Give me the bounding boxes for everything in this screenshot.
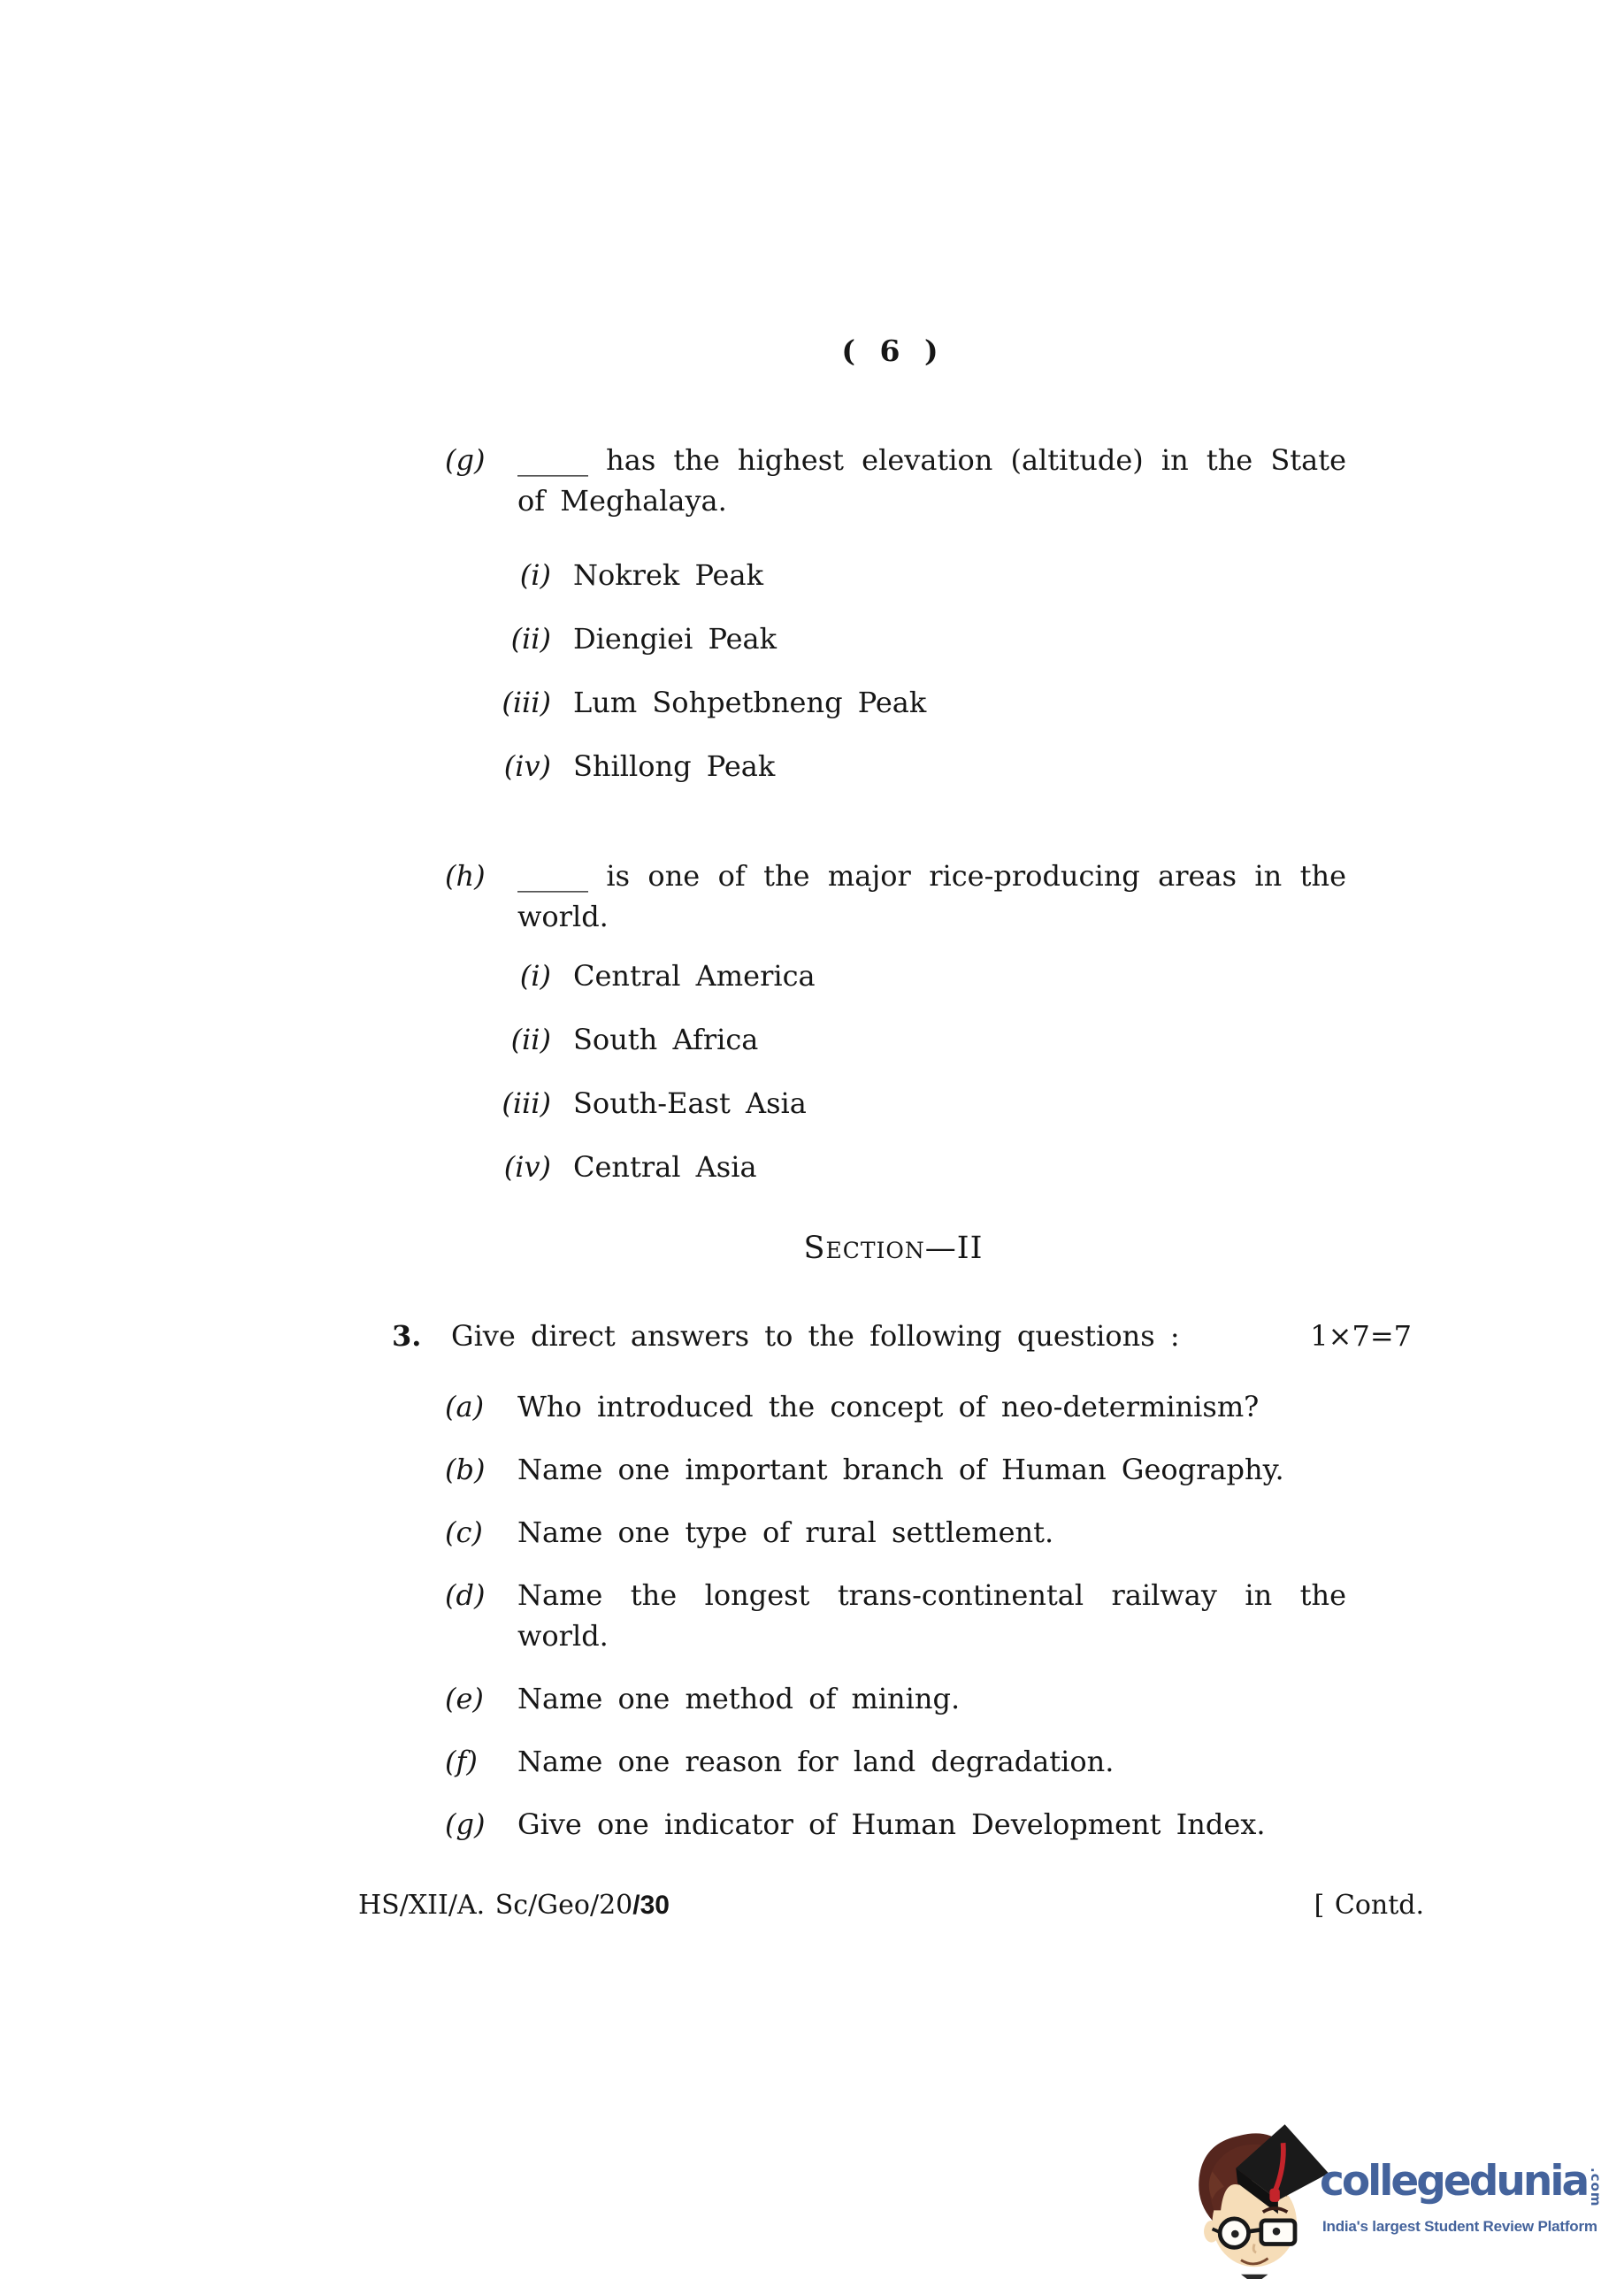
question-g-text: _____ has the highest elevation (altitud… xyxy=(517,440,1346,521)
question-g-line2: of Meghalaya. xyxy=(517,480,1346,521)
subquestion-text: Give one indicator of Human Development … xyxy=(517,1804,1346,1845)
subquestion-text: Name one method of mining. xyxy=(517,1678,1346,1719)
brand-tagline: India's largest Student Review Platform xyxy=(1322,2217,1623,2237)
brand-domain: .com xyxy=(1588,2168,1604,2207)
option-text: South-East Asia xyxy=(573,1083,807,1124)
subquestion-label: (b) xyxy=(445,1449,507,1490)
option-text: Shillong Peak xyxy=(573,746,775,787)
subquestion-label: (f) xyxy=(445,1741,507,1782)
collegedunia-logo: collegedunia .com India's largest Studen… xyxy=(1185,2113,1619,2277)
subquestion-label: (g) xyxy=(445,1804,507,1845)
option-text: Central America xyxy=(573,955,816,996)
question-3-prompt: Give direct answers to the following que… xyxy=(451,1316,1247,1356)
question-h-text: _____ is one of the major rice-producing… xyxy=(517,856,1346,937)
graduate-boy-mascot-icon xyxy=(1187,2118,1330,2279)
subquestion-text: Name one important branch of Human Geogr… xyxy=(517,1449,1346,1490)
subquestion-d-line2: world. xyxy=(517,1615,1346,1656)
subquestion-text: Name one type of rural settlement. xyxy=(517,1512,1346,1553)
subquestion-text: Name one reason for land degradation. xyxy=(517,1741,1346,1782)
option-number: (iii) xyxy=(398,682,551,723)
option-number: (iv) xyxy=(398,1147,551,1187)
blank-line: _____ xyxy=(517,859,588,893)
option-number: (iv) xyxy=(398,746,551,787)
page-footer-contd: [ Contd. xyxy=(1238,1886,1424,1925)
question-g-label: (g) xyxy=(445,440,507,480)
option-text: Central Asia xyxy=(573,1147,757,1187)
option-text: Nokrek Peak xyxy=(573,555,763,595)
subquestion-label: (e) xyxy=(445,1678,507,1719)
exam-paper-page: ( 6 ) (g) _____ has the highest elevatio… xyxy=(0,0,1624,2279)
question-h-label: (h) xyxy=(445,856,507,896)
question-3-number: 3. xyxy=(392,1316,421,1356)
subquestion-text: Name the longest trans-continental railw… xyxy=(517,1575,1346,1656)
subquestion-label: (d) xyxy=(445,1575,507,1615)
option-number: (iii) xyxy=(398,1083,551,1124)
section-heading: Section—II xyxy=(354,1228,1433,1269)
page-footer-code: HS/XII/A. Sc/Geo/20/30 xyxy=(358,1886,670,1925)
page-number: ( 6 ) xyxy=(354,331,1433,372)
blank-line: _____ xyxy=(517,443,588,477)
option-number: (i) xyxy=(398,955,551,996)
subquestion-d-line1: Name the longest trans-continental railw… xyxy=(517,1575,1346,1615)
subquestion-label: (a) xyxy=(445,1386,507,1427)
footer-code-bold: /30 xyxy=(632,1891,670,1920)
option-text: Diengiei Peak xyxy=(573,618,777,659)
brand-wordmark: collegedunia xyxy=(1320,2155,1587,2208)
option-text: Lum Sohpetbneng Peak xyxy=(573,682,926,723)
option-text: South Africa xyxy=(573,1019,758,1060)
question-g-line1: _____ has the highest elevation (altitud… xyxy=(517,440,1346,480)
question-h-line2: world. xyxy=(517,896,1346,937)
subquestion-label: (c) xyxy=(445,1512,507,1553)
option-number: (ii) xyxy=(398,618,551,659)
question-h-line1: _____ is one of the major rice-producing… xyxy=(517,856,1346,896)
subquestion-text: Who introduced the concept of neo-determ… xyxy=(517,1386,1346,1427)
option-number: (i) xyxy=(398,555,551,595)
option-number: (ii) xyxy=(398,1019,551,1060)
question-3-marks: 1×7=7 xyxy=(1235,1316,1412,1356)
brand-row: collegedunia .com xyxy=(1320,2155,1604,2208)
footer-code-regular: HS/XII/A. Sc/Geo/20 xyxy=(358,1890,632,1921)
